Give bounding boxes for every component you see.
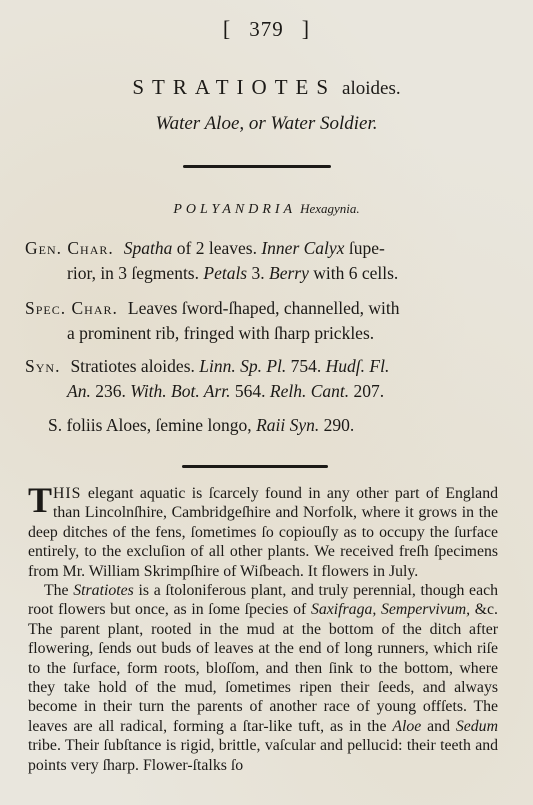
bracket-left: [ bbox=[223, 16, 231, 41]
body-text: THIS elegant aquatic is ſcarcely found i… bbox=[28, 484, 498, 775]
species-name: aloides. bbox=[342, 78, 401, 99]
text: 3. bbox=[247, 263, 269, 283]
text: of 2 leaves. bbox=[172, 238, 261, 258]
text-italic: Inner Calyx bbox=[261, 238, 344, 258]
spec-char-label: Spec. Char. bbox=[25, 298, 118, 318]
divider-rule bbox=[183, 165, 331, 168]
genus-name: STRATIOTES bbox=[132, 75, 336, 99]
gen-char-label: Gen. Char. bbox=[25, 238, 114, 258]
synonym-line-2: S. foliis Aloes, ſemine longo, Raii Syn.… bbox=[48, 415, 354, 436]
text-italic: Spatha bbox=[124, 238, 173, 258]
class-name: POLYANDRIA bbox=[173, 202, 296, 217]
text: ſupe- bbox=[344, 238, 384, 258]
syn-label: Syn. bbox=[25, 356, 60, 376]
text: with 6 cells. bbox=[309, 263, 398, 283]
generic-character: Gen. Char.Spatha of 2 leaves. Inner Caly… bbox=[25, 236, 500, 286]
text: elegant aquatic is ſcarcely found in any… bbox=[28, 485, 498, 580]
text-italic: An. bbox=[67, 381, 91, 401]
syn-continued: An. 236. With. Bot. Arr. 564. Relh. Cant… bbox=[25, 379, 500, 404]
text: &c. The parent plant, rooted in the mud … bbox=[28, 601, 498, 734]
text-italic: Petals bbox=[203, 263, 247, 283]
paragraph-1: THIS elegant aquatic is ſcarcely found i… bbox=[28, 484, 498, 581]
text: 564. bbox=[231, 381, 270, 401]
paragraph-2: The Stratiotes is a ſtoloniferous plant,… bbox=[28, 581, 498, 775]
synonyms: Syn.Stratiotes aloides. Linn. Sp. Pl. 75… bbox=[25, 354, 500, 404]
order-name: Hexagynia. bbox=[300, 201, 360, 216]
text: The bbox=[44, 582, 73, 599]
page-title: STRATIOTESaloides. bbox=[0, 75, 533, 100]
gen-char-continued: rior, in 3 ſegments. Petals 3. Berry wit… bbox=[25, 261, 500, 286]
classification: POLYANDRIAHexagynia. bbox=[0, 201, 533, 218]
page-number: [379] bbox=[0, 16, 533, 42]
text-italic: Saxifraga, Sempervivum, bbox=[311, 601, 470, 618]
text-italic: Hudſ. Fl. bbox=[326, 356, 390, 376]
text: 290. bbox=[319, 415, 354, 435]
text-italic: Raii Syn. bbox=[256, 415, 319, 435]
divider-rule bbox=[182, 465, 328, 468]
text: HIS bbox=[53, 485, 81, 502]
common-name: Water Aloe, or Water Soldier. bbox=[0, 113, 533, 135]
text: 754. bbox=[286, 356, 325, 376]
text-italic: Sedum bbox=[456, 718, 498, 735]
text-italic: Stratiotes bbox=[73, 582, 134, 599]
text: 207. bbox=[349, 381, 384, 401]
bracket-right: ] bbox=[302, 16, 310, 41]
text: tribe. Their ſubſtance is rigid, brittle… bbox=[28, 737, 498, 773]
page-number-value: 379 bbox=[249, 17, 284, 41]
text: rior, in 3 ſegments. bbox=[67, 263, 203, 283]
text-italic: With. Bot. Arr. bbox=[130, 381, 230, 401]
text-italic: Aloe bbox=[392, 718, 421, 735]
text: S. foliis Aloes, ſemine longo, bbox=[48, 415, 256, 435]
text: and bbox=[421, 718, 456, 735]
text-italic: Linn. Sp. Pl. bbox=[199, 356, 286, 376]
drop-cap: T bbox=[28, 486, 52, 514]
spec-char-continued: a prominent rib, fringed with ſharp pric… bbox=[25, 321, 500, 346]
text-italic: Relh. Cant. bbox=[270, 381, 349, 401]
text: 236. bbox=[91, 381, 130, 401]
text-italic: Berry bbox=[269, 263, 309, 283]
text: Stratiotes aloides. bbox=[70, 356, 199, 376]
text: Leaves ſword-ſhaped, channelled, with bbox=[128, 298, 400, 318]
book-page: [379] STRATIOTESaloides. Water Aloe, or … bbox=[0, 0, 533, 805]
specific-character: Spec. Char.Leaves ſword-ſhaped, channell… bbox=[25, 296, 500, 346]
